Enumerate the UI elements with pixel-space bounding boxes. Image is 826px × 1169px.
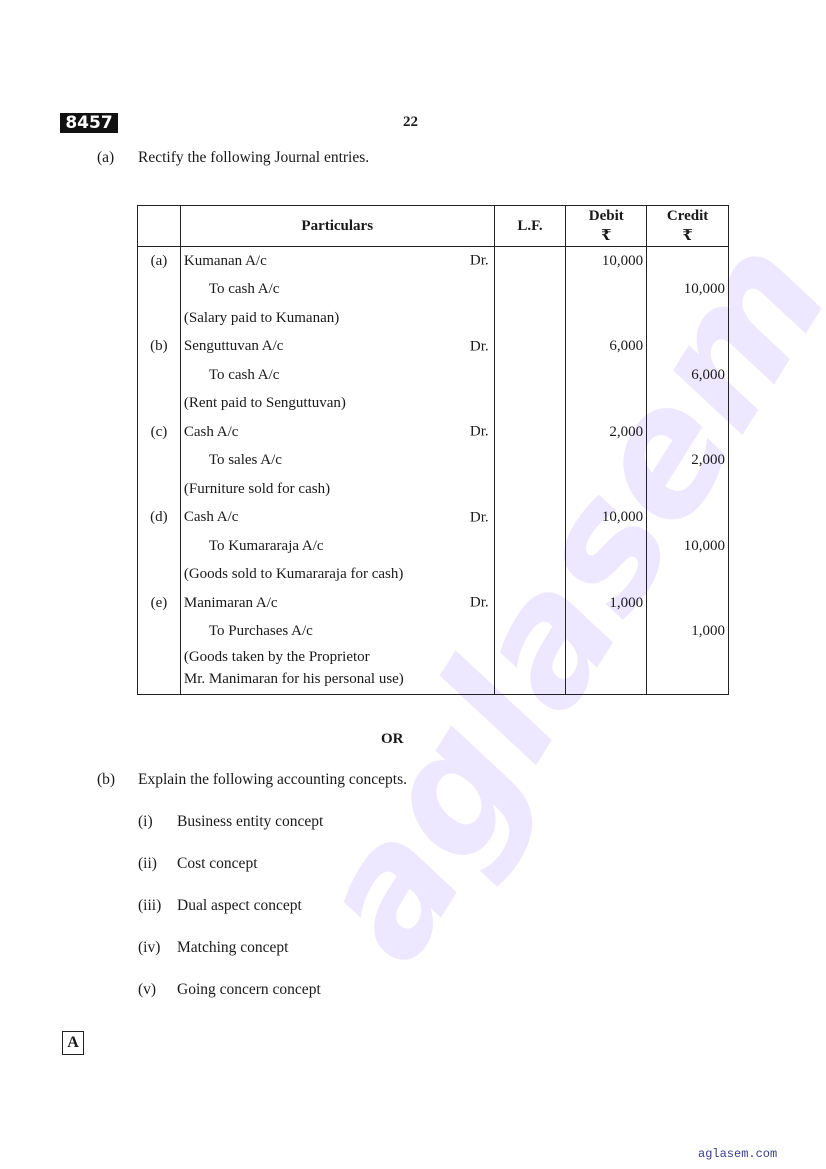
journal-table: Particulars L.F. Debit ₹ Credit ₹ (a) Ku…: [137, 205, 729, 695]
entry-label: (e): [138, 589, 181, 618]
credit-amount-empty: [647, 418, 729, 447]
concept-number: (iv): [138, 939, 160, 957]
credit-amount-empty: [647, 247, 729, 276]
credit-amount: 10,000: [647, 276, 729, 305]
table-row: (Salary paid to Kumanan): [138, 304, 729, 333]
debit-header-label: Debit: [566, 206, 646, 226]
col-debit-header: Debit ₹: [566, 206, 647, 247]
journal-header-row: Particulars L.F. Debit ₹ Credit ₹: [138, 206, 729, 247]
question-b-label: (b): [97, 771, 115, 789]
or-separator: OR: [381, 731, 404, 748]
credit-amount-empty: [647, 475, 729, 504]
question-a-label: (a): [97, 149, 114, 167]
debit-amount-empty: [566, 361, 647, 390]
debit-account: Manimaran A/cDr.: [180, 589, 494, 618]
table-row: To cash A/c 10,000: [138, 276, 729, 305]
entry-label-empty: [138, 390, 181, 419]
credit-account: To Kumararaja A/c: [180, 532, 494, 561]
lf-cell: [494, 646, 566, 695]
table-row: (d) Cash A/cDr. 10,000: [138, 504, 729, 533]
lf-cell: [494, 561, 566, 590]
credit-account-text: To sales A/c: [184, 452, 282, 468]
concept-text: Business entity concept: [177, 813, 323, 831]
lf-cell: [494, 418, 566, 447]
concept-text: Matching concept: [177, 939, 288, 957]
narration: (Rent paid to Senguttuvan): [180, 390, 494, 419]
question-a-prompt: Rectify the following Journal entries.: [138, 149, 369, 167]
col-sn-header: [138, 206, 181, 247]
lf-cell: [494, 618, 566, 647]
concept-number: (i): [138, 813, 153, 831]
credit-account: To cash A/c: [180, 276, 494, 305]
lf-cell: [494, 475, 566, 504]
credit-account: To sales A/c: [180, 447, 494, 476]
entry-label: (a): [138, 247, 181, 276]
entry-label-empty: [138, 646, 181, 695]
debit-amount-empty: [566, 561, 647, 590]
concept-text: Going concern concept: [177, 981, 321, 999]
entry-label-empty: [138, 561, 181, 590]
credit-amount-empty: [647, 304, 729, 333]
table-row: (b) Senguttuvan A/cDr. 6,000: [138, 333, 729, 362]
debit-amount-empty: [566, 390, 647, 419]
debit-account: Cash A/cDr.: [180, 504, 494, 533]
dr-tag: Dr.: [470, 595, 489, 612]
debit-amount-empty: [566, 532, 647, 561]
debit-account-text: Cash A/c: [184, 509, 239, 525]
concept-number: (v): [138, 981, 156, 999]
lf-cell: [494, 361, 566, 390]
debit-amount: 1,000: [566, 589, 647, 618]
entry-label-empty: [138, 475, 181, 504]
lf-cell: [494, 276, 566, 305]
rupee-icon: ₹: [566, 226, 646, 246]
credit-account: To Purchases A/c: [180, 618, 494, 647]
credit-account-text: To Purchases A/c: [184, 623, 313, 639]
debit-amount-empty: [566, 304, 647, 333]
lf-cell: [494, 447, 566, 476]
col-credit-header: Credit ₹: [647, 206, 729, 247]
debit-amount: 2,000: [566, 418, 647, 447]
lf-cell: [494, 247, 566, 276]
dr-tag: Dr.: [470, 509, 489, 526]
credit-amount: 10,000: [647, 532, 729, 561]
narration-line: Mr. Manimaran for his personal use): [184, 668, 494, 690]
table-row: (e) Manimaran A/cDr. 1,000: [138, 589, 729, 618]
debit-account: Cash A/cDr.: [180, 418, 494, 447]
table-row: (c) Cash A/cDr. 2,000: [138, 418, 729, 447]
narration: (Goods taken by the Proprietor Mr. Manim…: [180, 646, 494, 695]
credit-amount: 1,000: [647, 618, 729, 647]
lf-cell: [494, 589, 566, 618]
entry-label-empty: [138, 276, 181, 305]
debit-amount-empty: [566, 475, 647, 504]
concept-text: Cost concept: [177, 855, 258, 873]
table-row: (Goods sold to Kumararaja for cash): [138, 561, 729, 590]
credit-account-text: To cash A/c: [184, 367, 280, 383]
debit-account-text: Senguttuvan A/c: [184, 338, 284, 354]
dr-tag: Dr.: [470, 338, 489, 355]
entry-label-empty: [138, 361, 181, 390]
question-b-prompt: Explain the following accounting concept…: [138, 771, 407, 789]
table-row: (a) Kumanan A/cDr. 10,000: [138, 247, 729, 276]
table-row: To Purchases A/c 1,000: [138, 618, 729, 647]
lf-cell: [494, 532, 566, 561]
narration: (Furniture sold for cash): [180, 475, 494, 504]
narration-line: (Goods taken by the Proprietor: [184, 646, 494, 668]
col-lf-header: L.F.: [494, 206, 566, 247]
lf-cell: [494, 333, 566, 362]
entry-label-empty: [138, 532, 181, 561]
debit-amount-empty: [566, 646, 647, 695]
entry-label-empty: [138, 618, 181, 647]
site-link[interactable]: aglasem.com: [698, 1147, 777, 1161]
lf-cell: [494, 504, 566, 533]
lf-cell: [494, 390, 566, 419]
credit-header-label: Credit: [647, 206, 728, 226]
paper-code-badge: 8457: [60, 113, 118, 133]
credit-account-text: To cash A/c: [184, 281, 280, 297]
credit-amount: 6,000: [647, 361, 729, 390]
set-code-box: A: [62, 1031, 84, 1055]
concept-number: (iii): [138, 897, 161, 915]
credit-account-text: To Kumararaja A/c: [184, 538, 324, 554]
credit-amount-empty: [647, 504, 729, 533]
concept-text: Dual aspect concept: [177, 897, 302, 915]
lf-cell: [494, 304, 566, 333]
debit-account-text: Manimaran A/c: [184, 595, 278, 611]
col-particulars-header: Particulars: [180, 206, 494, 247]
table-row: To cash A/c 6,000: [138, 361, 729, 390]
credit-amount-empty: [647, 561, 729, 590]
table-row: (Goods taken by the Proprietor Mr. Manim…: [138, 646, 729, 695]
table-row: To Kumararaja A/c 10,000: [138, 532, 729, 561]
credit-amount-empty: [647, 333, 729, 362]
rupee-icon: ₹: [647, 226, 728, 246]
debit-amount: 10,000: [566, 247, 647, 276]
debit-account: Senguttuvan A/cDr.: [180, 333, 494, 362]
debit-amount-empty: [566, 447, 647, 476]
narration: (Goods sold to Kumararaja for cash): [180, 561, 494, 590]
page-number: 22: [403, 114, 418, 131]
dr-tag: Dr.: [470, 253, 489, 270]
entry-label: (c): [138, 418, 181, 447]
entry-label: (b): [138, 333, 181, 362]
debit-amount-empty: [566, 276, 647, 305]
table-row: To sales A/c 2,000: [138, 447, 729, 476]
debit-account-text: Cash A/c: [184, 424, 239, 440]
table-row: (Furniture sold for cash): [138, 475, 729, 504]
concept-number: (ii): [138, 855, 157, 873]
credit-amount-empty: [647, 589, 729, 618]
debit-account: Kumanan A/cDr.: [180, 247, 494, 276]
credit-amount-empty: [647, 390, 729, 419]
entry-label-empty: [138, 304, 181, 333]
exam-page: aglasem 8457 22 (a) Rectify the followin…: [0, 0, 826, 1169]
debit-amount: 6,000: [566, 333, 647, 362]
entry-label-empty: [138, 447, 181, 476]
table-row: (Rent paid to Senguttuvan): [138, 390, 729, 419]
entry-label: (d): [138, 504, 181, 533]
credit-amount-empty: [647, 646, 729, 695]
credit-account: To cash A/c: [180, 361, 494, 390]
debit-amount-empty: [566, 618, 647, 647]
debit-amount: 10,000: [566, 504, 647, 533]
dr-tag: Dr.: [470, 424, 489, 441]
narration: (Salary paid to Kumanan): [180, 304, 494, 333]
debit-account-text: Kumanan A/c: [184, 253, 267, 269]
credit-amount: 2,000: [647, 447, 729, 476]
